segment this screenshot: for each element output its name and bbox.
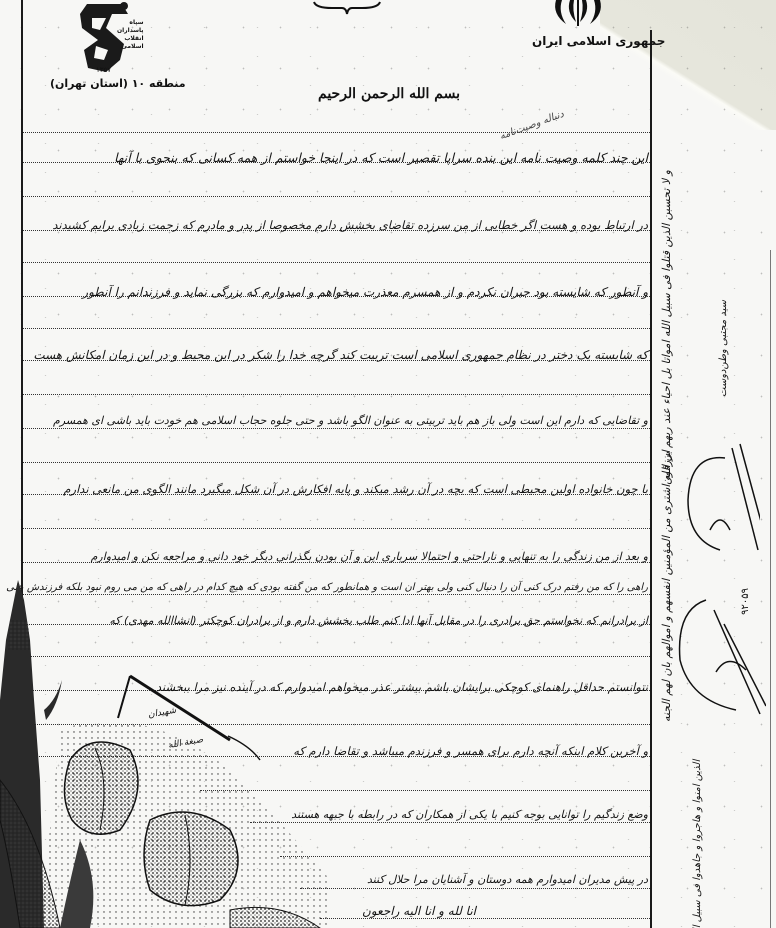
continuation-note: دنباله وصیت‌نامه [498,109,565,142]
ruled-line [23,394,650,395]
margin-verse-upper: و لا تحسبن الذین قتلوا فی سبیل الله اموا… [660,170,673,450]
letter-line: با چون خانواده اولین محیطی است که بچه در… [38,482,648,496]
ruled-line [320,918,650,919]
signature-mark [680,440,760,570]
letter-line: که شایسته یک دختر در نظام جمهوری اسلامی … [38,348,648,362]
ruled-line [300,888,650,889]
bismillah-heading: بسم الله الرحمن الرحیم [318,86,460,102]
region-label: منطقه ۱۰ (استان تهران) [50,77,186,90]
margin-verse-lower: ان الله اشتری من المؤمنین انفسهم و اموال… [660,450,673,770]
letter-line: و تقاضایی که دارم این است ولی باز هم بای… [38,414,648,427]
signature-mark [676,590,766,720]
republic-name: جمهوری اسلامی ایران [532,34,665,48]
iran-coat-of-arms-icon [548,0,608,28]
signature-date: ۹۲۰۵۹ [740,588,751,615]
letter-line: و آنطور که شایسته بود جبران نکردم و از ه… [38,285,648,299]
top-bracket-ornament [312,0,382,16]
folded-corner [600,0,776,130]
irgc-name-line: انقلاب [117,35,144,43]
ruled-line [23,428,650,429]
irgc-name-line: پاسداران [117,27,144,35]
margin-signer-name: سید مجتبی وطن‌دوست [718,300,729,420]
irgc-name: سپاه پاسداران انقلاب اسلامی [117,19,144,51]
right-margin-line [650,30,652,928]
ruled-line [23,528,650,529]
founding-year: ۱۳۵۷ [96,66,111,74]
outer-margin-line [770,250,771,928]
ruled-line [23,462,650,463]
minaret-tulip-illustration [0,580,330,928]
ruled-line [23,132,650,133]
ruled-line [23,262,650,263]
ruled-line [23,196,650,197]
letter-line: و بعد از من زندگی را به تنهایی و ناراحتی… [38,550,648,563]
ruled-line [280,856,650,857]
scanned-letter-page: سپاه پاسداران انقلاب اسلامی ۱۳۵۷ منطقه ۱… [0,0,776,928]
ruled-line [23,328,650,329]
letter-line: این چند کلمه وصیت نامه این بنده سراپا تق… [38,150,648,165]
letter-line: در ارتباط بوده و هست اگر خطایی از من سرز… [38,218,648,232]
margin-verse-bottom: الذین امنوا و هاجروا و جاهدوا فی سبیل ال… [692,760,703,920]
irgc-name-line: سپاه [117,19,144,27]
irgc-name-line: اسلامی [117,43,144,51]
